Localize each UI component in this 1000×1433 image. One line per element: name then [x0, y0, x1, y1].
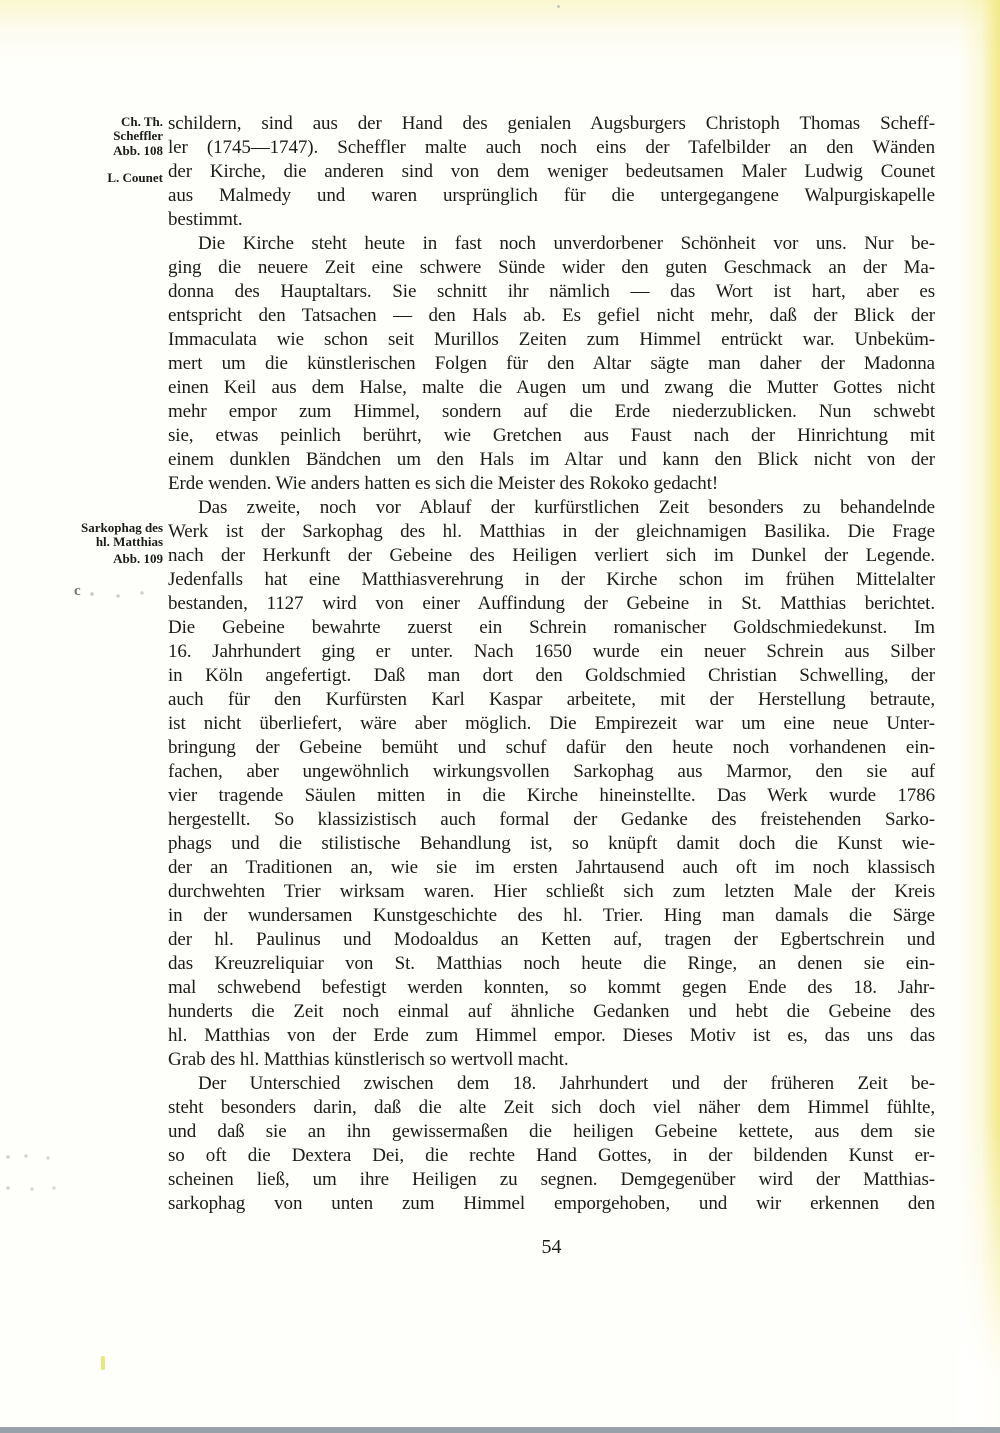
text-line: das Kreuzreliquiar von St. Matthias noch…	[168, 952, 935, 976]
text-line: schildern, sind aus der Hand des geniale…	[168, 112, 935, 136]
margin-note-abb-109: Abb. 109	[0, 552, 163, 566]
text-line: ging die neuere Zeit eine schwere Sünde …	[168, 256, 935, 280]
text-line: sarkophag von unten zum Himmel emporgeho…	[168, 1192, 935, 1216]
text-line: sie, etwas peinlich berührt, wie Gretche…	[168, 424, 935, 448]
margin-note-artist-scheffler: Ch. Th. Scheffler	[0, 115, 163, 142]
text-line: der hl. Paulinus und Modoaldus an Ketten…	[168, 928, 935, 952]
text-line: Jedenfalls hat eine Matthiasverehrung in…	[168, 568, 935, 592]
margin-note-line: Ch. Th.	[0, 115, 163, 129]
text-line: bestimmt.	[168, 208, 935, 232]
text-line: hl. Matthias von der Erde zum Himmel emp…	[168, 1024, 935, 1048]
text-line: ist nicht überliefert, wäre aber möglich…	[168, 712, 935, 736]
text-line: fachen, aber ungewöhnlich wirkungsvollen…	[168, 760, 935, 784]
text-line: mehr empor zum Himmel, sondern auf die E…	[168, 400, 935, 424]
body-text: schildern, sind aus der Hand des geniale…	[168, 112, 935, 1216]
page-number: 54	[168, 1236, 935, 1259]
text-line: Erde wenden. Wie anders hatten es sich d…	[168, 472, 935, 496]
text-line: Die Kirche steht heute in fast noch unve…	[168, 232, 935, 256]
text-line: Grab des hl. Matthias künstlerisch so we…	[168, 1048, 935, 1072]
margin-note-sarkophag: Sarkophag des hl. Matthias	[0, 521, 163, 549]
text-line: so oft die Dextera Dei, die rechte Hand …	[168, 1144, 935, 1168]
text-line: vier tragende Säulen mitten in die Kirch…	[168, 784, 935, 808]
text-line: Immaculata wie schon seit Murillos Zeite…	[168, 328, 935, 352]
text-line: bringung der Gebeine bemüht und schuf da…	[168, 736, 935, 760]
text-line: der Kirche, die anderen sind von dem wen…	[168, 160, 935, 184]
scan-speckles	[84, 590, 154, 600]
text-line: und daß sie an ihn gewissermaßen die hei…	[168, 1120, 935, 1144]
text-line: ler (1745—1747). Scheffler malte auch no…	[168, 136, 935, 160]
text-line: steht besonders darin, daß die alte Zeit…	[168, 1096, 935, 1120]
text-line: hergestellt. So klassizistisch auch form…	[168, 808, 935, 832]
page-right-edge-tint	[958, 0, 1000, 1433]
scan-bottom-edge	[0, 1427, 1000, 1433]
text-line: auch für den Kurfürsten Karl Kaspar arbe…	[168, 688, 935, 712]
text-line: einem dunklen Bändchen um den Hals im Al…	[168, 448, 935, 472]
text-line: in Köln angefertigt. Daß man dort den Go…	[168, 664, 935, 688]
text-line: in der wundersamen Kunstgeschichte des h…	[168, 904, 935, 928]
text-line: mert um die künstlerischen Folgen für de…	[168, 352, 935, 376]
text-line: entspricht den Tatsachen — den Hals ab. …	[168, 304, 935, 328]
text-line: der an Traditionen an, wie sie im ersten…	[168, 856, 935, 880]
text-line: Werk ist der Sarkophag des hl. Matthias …	[168, 520, 935, 544]
margin-note-line: hl. Matthias	[0, 535, 163, 549]
text-line: Das zweite, noch vor Ablauf der kurfürst…	[168, 496, 935, 520]
text-line: Der Unterschied zwischen dem 18. Jahrhun…	[168, 1072, 935, 1096]
text-line: Die Gebeine bewahrte zuerst ein Schrein …	[168, 616, 935, 640]
text-line: donna des Hauptaltars. Sie schnitt ihr n…	[168, 280, 935, 304]
page-top-edge-tint	[0, 0, 1000, 62]
text-line: nach der Herkunft der Gebeine des Heilig…	[168, 544, 935, 568]
scan-speckles	[101, 1356, 105, 1370]
text-line: durchwehten Trier wirksam waren. Hier sc…	[168, 880, 935, 904]
text-line: hunderts die Zeit noch einmal auf ähnlic…	[168, 1000, 935, 1024]
text-line: einen Keil aus dem Halse, malte die Auge…	[168, 376, 935, 400]
text-line: 16. Jahrhundert ging er unter. Nach 1650…	[168, 640, 935, 664]
text-line: phags und die stilistische Behandlung is…	[168, 832, 935, 856]
scan-speckles	[2, 1184, 62, 1194]
scan-speckles	[4, 1152, 59, 1162]
text-line: aus Malmedy und waren ursprünglich für d…	[168, 184, 935, 208]
stray-scan-mark: c	[74, 583, 81, 600]
text-line: mal schwebend befestigt werden konnten, …	[168, 976, 935, 1000]
margin-note-line: Sarkophag des	[0, 521, 163, 535]
margin-note-artist-counet: L. Counet	[0, 171, 163, 185]
margin-note-abb-108: Abb. 108	[0, 144, 163, 158]
text-line: bestanden, 1127 wird von einer Auffindun…	[168, 592, 935, 616]
scan-speckles	[557, 5, 560, 8]
text-line: scheinen ließ, um ihre Heiligen zu segne…	[168, 1168, 935, 1192]
margin-note-line: Scheffler	[0, 129, 163, 143]
